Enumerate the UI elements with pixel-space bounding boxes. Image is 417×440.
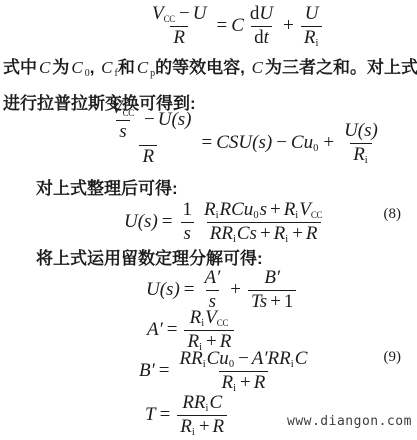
math-symbol: U(s) [124,211,158,233]
math-subscript: i [233,383,236,395]
math-symbol: R [173,28,185,49]
document-page: { "page": { "background": "#ffffff", "te… [0,0,417,440]
equals-sign: = [158,211,177,233]
math-symbol: s [260,200,267,221]
text-run: 和 [118,58,135,77]
math-subscript: CC [311,211,322,221]
math-symbol: s [184,224,191,245]
math-symbol: R [190,308,202,329]
math-subscript: i [192,427,195,439]
fraction: R i V CC R i + R [184,307,234,354]
fraction-numerator: RR i C [179,392,225,415]
watermark: www.diangon.com [287,414,412,429]
fraction: B′ Ts + 1 [248,267,296,314]
math-subscript: i [315,38,318,50]
plus-sign: + [267,200,284,221]
math-subscript: i [365,155,368,167]
math-symbol: R [142,147,154,168]
text-run: 的等效电容, [155,58,249,77]
fraction: V CC − U R [149,3,209,50]
math-symbol: C [101,58,112,77]
fraction-numerator: RR i Cu 0 − A′RR i C [176,348,310,371]
fraction-denominator: R i + R [177,415,227,439]
math-symbol: R [274,224,286,245]
math-symbol: Cu [291,132,313,154]
math-symbol: B′ [139,360,155,382]
math-subscript: CC [217,319,228,329]
math-symbol: R [204,200,216,221]
math-symbol: R [284,200,296,221]
equation-label-9: (9) [384,349,402,366]
text-run: 为 [52,58,69,77]
math-symbol: A′ [205,268,221,289]
text-run: , [90,58,99,77]
math-symbol: R [304,28,316,49]
fraction-denominator: R i [350,143,372,167]
math-symbol: B′ [264,268,280,289]
text-run: 对上式整理后可得: [36,179,178,198]
math-symbol: C [252,58,263,77]
fraction: R i RCu 0 s + R i V CC RR i Cs + R i + R [201,199,326,246]
math-symbol: U [305,4,319,25]
math-subscript: 0 [313,143,318,154]
math-symbol: Cs [237,224,257,245]
minus-sign: − [141,110,158,131]
plus-sign: + [267,292,284,313]
math-symbol: A′RR [252,349,291,370]
math-symbol: U(s) [158,110,192,131]
fraction: RR i Cu 0 − A′RR i C R i + R [176,348,310,395]
fraction: U R i [301,3,323,50]
fraction-denominator: R i [301,26,323,50]
math-subscript: i [285,234,288,246]
math-symbol: 1 [284,292,294,313]
equals-sign: = [156,404,175,426]
math-subscript: i [291,359,294,371]
math-symbol: RR [182,393,205,414]
math-subscript: 0 [253,210,258,222]
equation-8: U(s) = 1 s R i RCu 0 s + R i V CC RR i C… [124,199,329,246]
fraction: U(s) R i [341,120,381,167]
fraction-numerator: V CC [108,97,138,120]
equals-sign: = [180,279,199,301]
math-subscript: i [203,359,206,371]
math-symbol: C [137,58,148,77]
fraction: RR i C R i + R [177,392,227,439]
math-symbol: d [254,28,264,49]
math-symbol: A′ [147,319,163,341]
fraction-denominator: R [139,145,157,169]
fraction-numerator: V CC − U [149,3,209,26]
equation-rc-differential: V CC − U R = C d U d t + U R i [146,3,325,50]
math-symbol: C [295,349,308,370]
fraction-denominator: Ts + 1 [248,290,296,314]
math-symbol: V [111,98,123,119]
math-subscript: CC [123,109,134,119]
math-symbol: d [250,4,260,25]
math-symbol: T [145,404,156,426]
math-subscript: i [216,210,219,222]
math-subscript: i [201,318,204,330]
math-symbol: C [231,15,244,37]
fraction-denominator: RR i Cs + R i + R [207,222,321,246]
equation-label-8: (8) [384,206,402,223]
math-symbol: U [259,4,273,25]
plus-sign: + [319,132,338,154]
equation-b-prime: B′ = RR i Cu 0 − A′RR i C R i + R [139,348,313,395]
minus-sign: − [272,132,291,154]
math-symbol: CSU(s) [216,132,272,154]
math-symbol: U(s) [344,121,378,142]
math-symbol: C [71,58,82,77]
math-subscript: CC [164,15,175,25]
math-symbol: R [306,224,318,245]
fraction-numerator: R i V CC [187,307,233,330]
math-symbol: U [193,4,207,25]
fraction-numerator: U(s) [341,120,381,143]
math-symbol: C [209,393,222,414]
math-symbol: Cu [207,349,229,370]
plus-sign: + [237,373,254,394]
equation-time-constant: T = RR i C R i + R [145,392,230,439]
math-symbol: R [254,373,266,394]
text-run: 将上式运用留数定理分解可得: [36,249,263,268]
math-symbol: U(s) [146,279,180,301]
fraction-numerator: d U [247,3,276,26]
math-symbol: 1 [183,200,193,221]
fraction: V CC s − U(s) R [102,96,195,169]
fraction-denominator: R [170,26,188,50]
inner-fraction: V CC s [108,97,138,144]
math-symbol: RCu [220,200,254,221]
math-symbol: R [213,417,225,438]
equals-sign: = [212,15,231,37]
fraction-numerator: A′ [202,267,224,290]
text-run: 式中 [3,58,37,77]
math-symbol: V [152,4,164,25]
plus-sign: + [289,224,306,245]
math-subscript: i [206,403,209,415]
minus-sign: − [176,4,193,25]
math-symbol: R [180,417,192,438]
fraction: 1 s [180,199,196,246]
math-symbol: t [264,28,269,49]
plus-sign: + [257,224,274,245]
math-symbol: Ts [251,292,267,313]
text-run: 为三者之和。对上式 [265,58,417,77]
plus-sign: + [196,417,213,438]
paragraph-line-1: 式中C为C0, Cf和Cp的等效电容, C为三者之和。对上式 [3,53,415,89]
math-symbol: V [299,200,311,221]
math-symbol: RR [179,349,202,370]
math-symbol: s [119,122,126,143]
fraction-numerator: R i RCu 0 s + R i V CC [201,199,326,222]
fraction-numerator: V CC s − U(s) [102,96,195,145]
math-symbol: R [353,145,365,166]
fraction-denominator: d t [251,26,272,50]
math-symbol: R [222,373,234,394]
fraction-denominator: s [181,222,194,246]
equals-sign: = [155,360,174,382]
equals-sign: = [163,319,182,341]
fraction: d U d t [247,3,276,50]
math-symbol: RR [210,224,233,245]
plus-sign: + [226,279,245,301]
fraction-numerator: U [302,3,322,26]
math-symbol: C [39,58,50,77]
math-subscript: 0 [229,359,234,371]
math-symbol: V [205,308,217,329]
equals-sign: = [198,132,217,154]
minus-sign: − [235,349,252,370]
fraction-denominator: s [116,120,129,144]
math-subscript: i [295,210,298,222]
fraction-numerator: 1 [180,199,196,222]
fraction-numerator: B′ [261,267,283,290]
equation-a-prime: A′ = R i V CC R i + R [147,307,237,354]
plus-sign: + [279,15,298,37]
